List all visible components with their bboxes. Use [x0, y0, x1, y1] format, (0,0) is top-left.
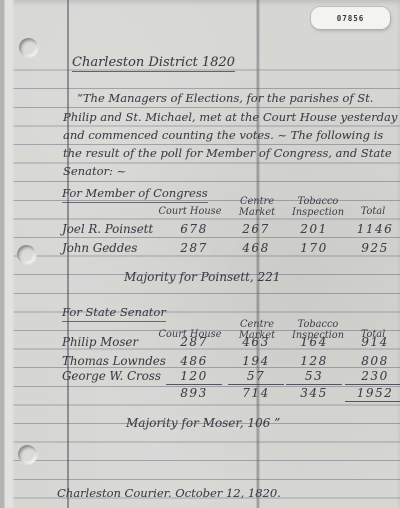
catalog-sticker: 07856	[311, 7, 390, 29]
page-title: Charleston District 1820	[72, 55, 235, 72]
cell-court-house: 486	[166, 354, 222, 369]
section-heading-senate: For State Senator	[62, 305, 166, 322]
candidate-name: George W. Cross	[62, 369, 161, 384]
cell-centre-market: 194	[228, 354, 284, 369]
punch-hole-top	[19, 38, 38, 57]
candidate-name: John Geddes	[62, 241, 137, 256]
column-header-tobacco-inspection: Tobacco Inspection	[287, 197, 349, 218]
cell-total: 925	[345, 241, 400, 256]
cell-total: 914	[345, 335, 400, 350]
cell-total: 1146	[345, 222, 400, 237]
column-header-label: Total	[347, 207, 399, 218]
majority-note-congress: Majority for Poinsett, 221	[124, 270, 280, 285]
majority-note-senate: Majority for Moser, 106 ”	[126, 416, 280, 431]
cell-court-house: 678	[166, 222, 222, 237]
table-row: Philip Moser 287 463 164 914	[0, 335, 400, 351]
cell-total: 808	[345, 354, 400, 369]
cell-tobacco-inspection: 170	[286, 241, 342, 256]
column-header-label: Centre	[231, 320, 283, 331]
cell-tobacco-inspection: 164	[286, 335, 342, 350]
cell-tobacco-inspection: 128	[286, 354, 342, 369]
cell-centre-market: 57	[228, 369, 284, 385]
cell-tobacco-inspection: 53	[286, 369, 342, 385]
table-row: George W. Cross 120 57 53 230	[0, 369, 400, 385]
total-court-house: 893	[166, 386, 222, 401]
section-heading-congress: For Member of Congress	[62, 186, 208, 203]
table-row: John Geddes 287 468 170 925	[0, 241, 400, 257]
paragraph-line: Senator: ~	[63, 164, 126, 179]
source-citation: Charleston Courier. October 12, 1820.	[57, 486, 281, 501]
cell-court-house: 287	[166, 241, 222, 256]
column-header-court-house: Court House	[152, 207, 228, 218]
column-header-label: Centre	[231, 197, 283, 208]
cell-centre-market: 267	[228, 222, 284, 237]
table-totals-row: 893 714 345 1952	[0, 386, 400, 402]
column-header-label: Court House	[152, 207, 228, 218]
column-header-label: Market	[231, 208, 283, 219]
grand-total: 1952	[345, 386, 400, 402]
column-header-label: Inspection	[287, 208, 349, 219]
cell-court-house: 120	[166, 369, 222, 385]
notebook-page: 07856 Charleston District 1820 “The Mana…	[0, 0, 400, 508]
cell-court-house: 287	[166, 335, 222, 350]
cell-centre-market: 468	[228, 241, 284, 256]
table-row: Thomas Lowndes 486 194 128 808	[0, 354, 400, 370]
paragraph-line: and commenced counting the votes. ~ The …	[63, 128, 383, 143]
candidate-name: Philip Moser	[62, 335, 138, 350]
paragraph-line: the result of the poll for Member of Con…	[63, 146, 392, 161]
paragraph-line: Philip and St. Michael, met at the Court…	[63, 110, 397, 125]
sticker-number: 07856	[337, 14, 365, 23]
paragraph-line: “The Managers of Elections, for the pari…	[77, 91, 373, 106]
column-header-total: Total	[347, 207, 399, 218]
table-row: Joel R. Poinsett 678 267 201 1146	[0, 222, 400, 238]
column-header-label: Tobacco	[287, 197, 349, 208]
candidate-name: Thomas Lowndes	[62, 354, 166, 369]
column-header-centre-market: Centre Market	[231, 197, 283, 218]
cell-tobacco-inspection: 201	[286, 222, 342, 237]
candidate-name: Joel R. Poinsett	[62, 222, 153, 237]
cell-centre-market: 463	[228, 335, 284, 350]
total-tobacco-inspection: 345	[286, 386, 342, 401]
punch-hole-bottom	[18, 445, 37, 464]
column-header-label: Tobacco	[287, 320, 349, 331]
total-centre-market: 714	[228, 386, 284, 401]
cell-total: 230	[345, 369, 400, 385]
